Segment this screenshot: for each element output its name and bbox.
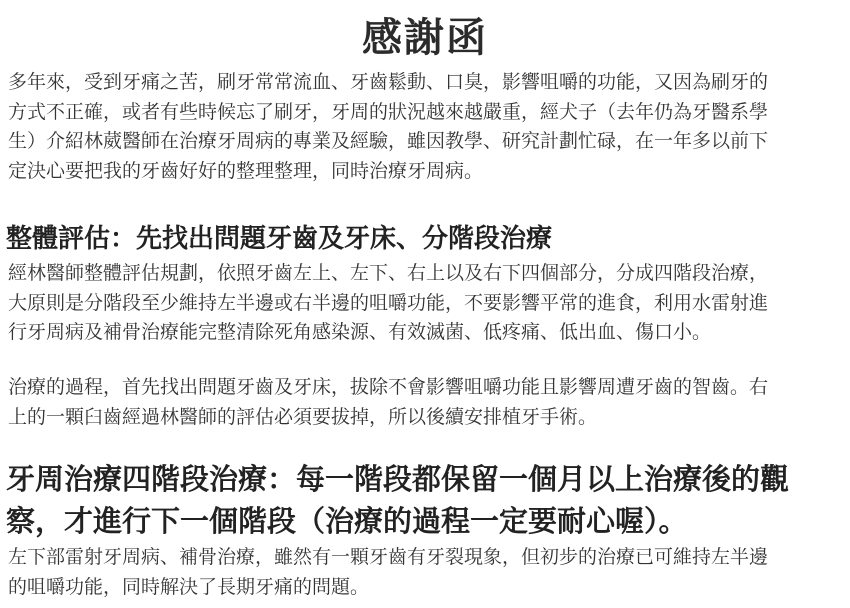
text-line: 經林醫師整體評估規劃，依照牙齒左上、左下、右上以及右下四個部分，分成四階段治療，: [8, 259, 844, 289]
assessment-paragraph: 經林醫師整體評估規劃，依照牙齒左上、左下、右上以及右下四個部分，分成四階段治療，…: [8, 259, 844, 348]
four-stages-paragraph: 左下部雷射牙周病、補骨治療，雖然有一顆牙齒有牙裂現象，但初步的治療已可維持左半邊…: [8, 543, 844, 602]
text-line: 定決心要把我的牙齒好好的整理整理，同時治療牙周病。: [8, 157, 844, 187]
text-line: 多年來，受到牙痛之苦，刷牙常常流血、牙齒鬆動、口臭，影響咀嚼的功能，又因為刷牙的: [8, 68, 844, 98]
section-heading-assessment: 整體評估：先找出問題牙齒及牙床、分階段治療: [6, 222, 846, 256]
section-heading-four-stages: 牙周治療四階段治療：每一階段都保留一個月以上治療後的觀 察，才進行下一個階段（治…: [6, 458, 846, 542]
letter-title: 感謝函: [0, 12, 850, 64]
intro-paragraph: 多年來，受到牙痛之苦，刷牙常常流血、牙齒鬆動、口臭，影響咀嚼的功能，又因為刷牙的…: [8, 68, 844, 186]
text-line: 治療的過程，首先找出問題牙齒及牙床，拔除不會影響咀嚼功能且影響周遭牙齒的智齒。右: [8, 373, 844, 403]
text-line: 大原則是分階段至少維持左半邊或右半邊的咀嚼功能，不要影響平常的進食，利用水雷射進: [8, 289, 844, 319]
text-line: 生）介紹林葳醫師在治療牙周病的專業及經驗，雖因教學、研究計劃忙碌，在一年多以前下: [8, 127, 844, 157]
text-line: 的咀嚼功能，同時解決了長期牙痛的問題。: [8, 573, 844, 603]
heading-line: 牙周治療四階段治療：每一階段都保留一個月以上治療後的觀: [6, 458, 846, 500]
treatment-process-paragraph: 治療的過程，首先找出問題牙齒及牙床，拔除不會影響咀嚼功能且影響周遭牙齒的智齒。右…: [8, 373, 844, 432]
heading-line: 察，才進行下一個階段（治療的過程一定要耐心喔）。: [6, 500, 846, 542]
text-line: 左下部雷射牙周病、補骨治療，雖然有一顆牙齒有牙裂現象，但初步的治療已可維持左半邊: [8, 543, 844, 573]
text-line: 行牙周病及補骨治療能完整清除死角感染源、有效滅菌、低疼痛、低出血、傷口小。: [8, 318, 844, 348]
thank-you-letter: 感謝函 多年來，受到牙痛之苦，刷牙常常流血、牙齒鬆動、口臭，影響咀嚼的功能，又因…: [0, 0, 850, 608]
text-line: 方式不正確，或者有些時候忘了刷牙，牙周的狀況越來越嚴重，經犬子（去年仍為牙醫系學: [8, 98, 844, 128]
text-line: 上的一顆臼齒經過林醫師的評估必須要拔掉，所以後續安排植牙手術。: [8, 403, 844, 433]
